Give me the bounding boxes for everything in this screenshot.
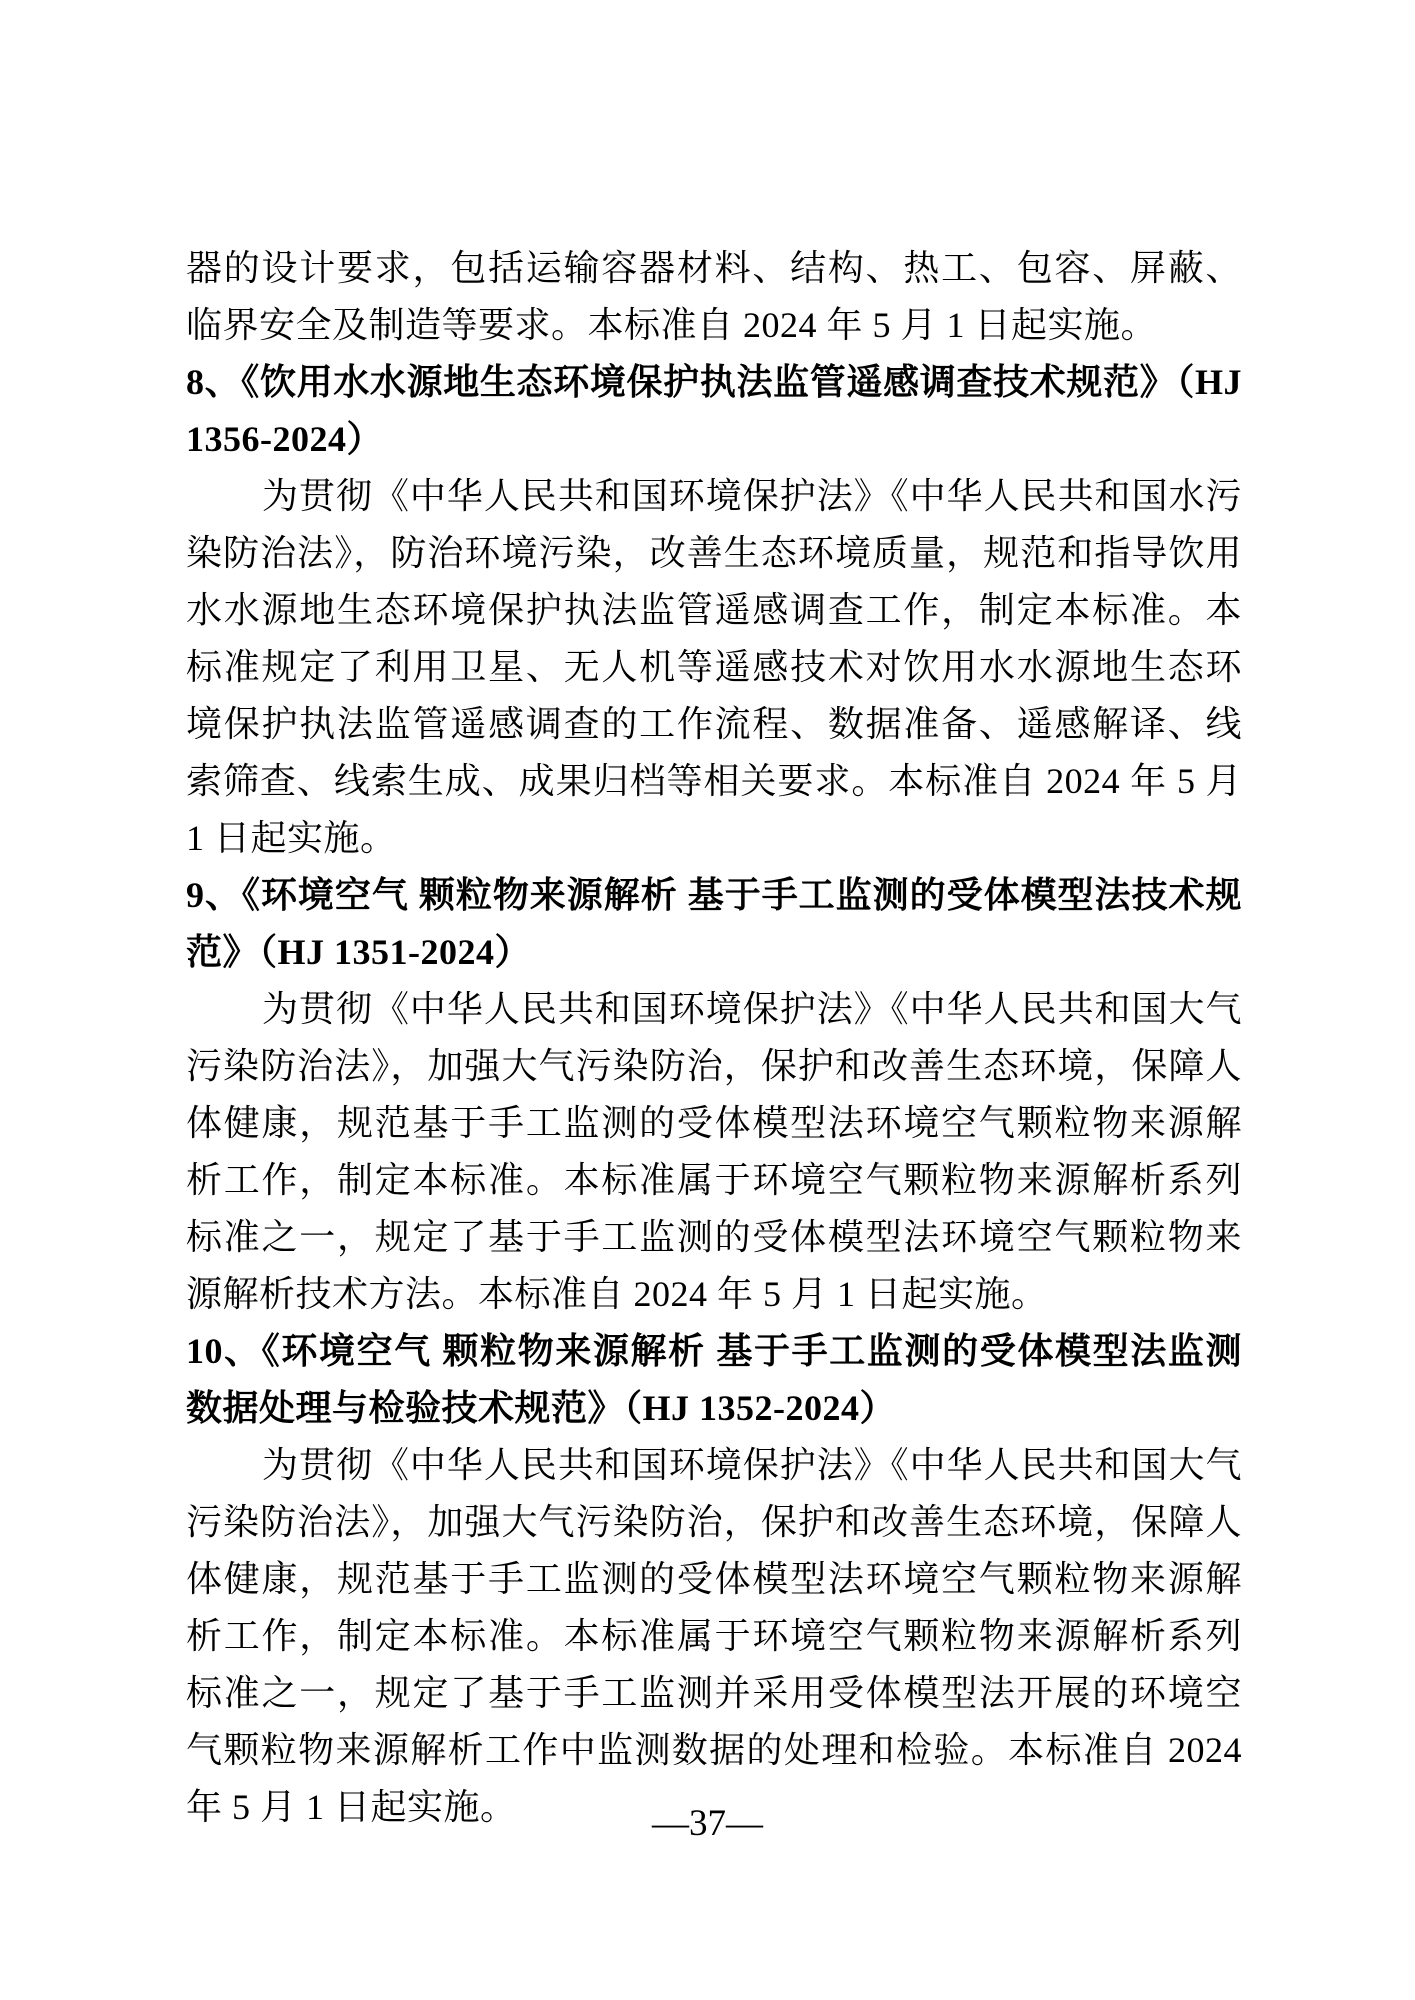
standard-heading: 8、《饮用水水源地生态环境保护执法监管遥感调查技术规范》（HJ 1356-202… xyxy=(186,354,1242,468)
standard-description: 为贯彻《中华人民共和国环境保护法》《中华人民共和国大气污染防治法》，加强大气污染… xyxy=(186,1437,1242,1836)
standard-heading: 10、《环境空气 颗粒物来源解析 基于手工监测的受体模型法监测数据处理与检验技术… xyxy=(186,1323,1242,1437)
document-page: 器的设计要求，包括运输容器材料、结构、热工、包容、屏蔽、临界安全及制造等要求。本… xyxy=(0,0,1415,2000)
standard-description: 为贯彻《中华人民共和国环境保护法》《中华人民共和国大气污染防治法》，加强大气污染… xyxy=(186,981,1242,1323)
page-number: —37— xyxy=(652,1803,763,1844)
standard-heading: 9、《环境空气 颗粒物来源解析 基于手工监测的受体模型法技术规范》（HJ 135… xyxy=(186,867,1242,981)
page-footer: —37— xyxy=(0,1800,1415,1848)
standard-description: 为贯彻《中华人民共和国环境保护法》《中华人民共和国水污染防治法》，防治环境污染，… xyxy=(186,468,1242,867)
document-content: 器的设计要求，包括运输容器材料、结构、热工、包容、屏蔽、临界安全及制造等要求。本… xyxy=(186,240,1242,1836)
paragraph-continuation: 器的设计要求，包括运输容器材料、结构、热工、包容、屏蔽、临界安全及制造等要求。本… xyxy=(186,240,1242,354)
